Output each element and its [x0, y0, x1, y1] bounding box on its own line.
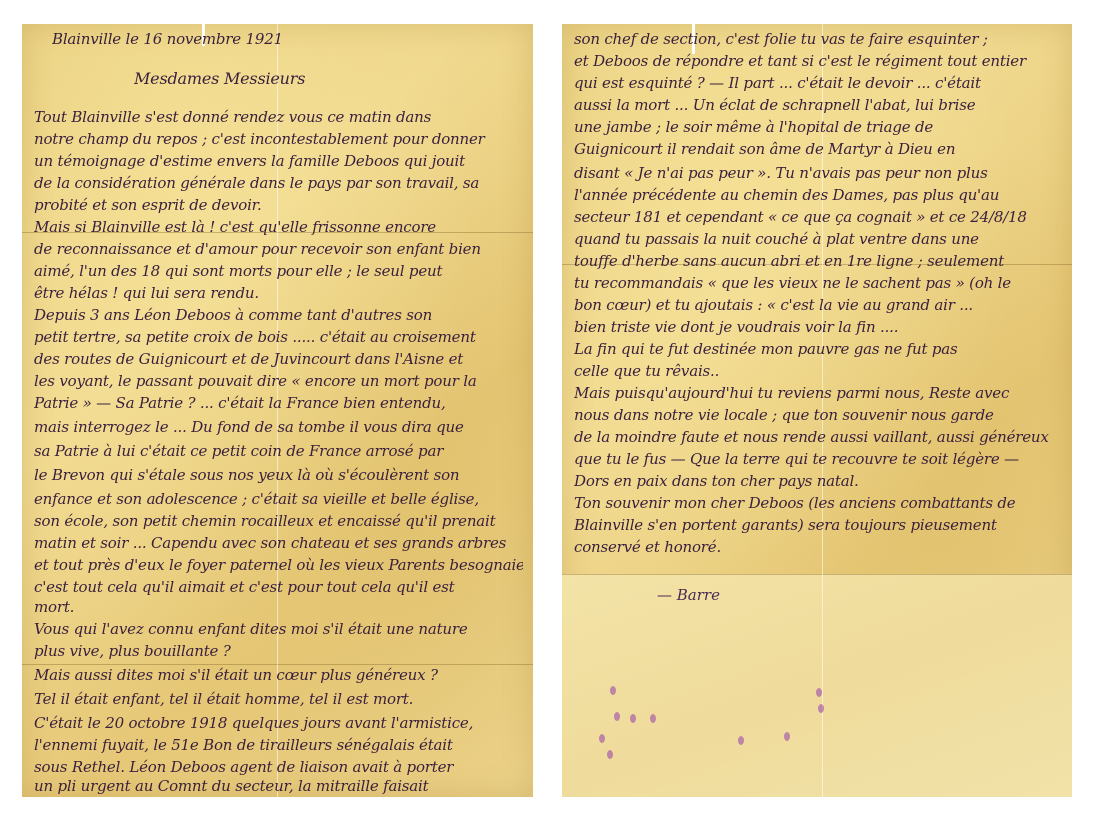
text-line: et Deboos de répondre et tant si c'est l… — [574, 50, 1062, 72]
text-line: sa Patrie à lui c'était ce petit coin de… — [34, 440, 523, 462]
letter-page-left: Blainville le 16 novembre 1921 Mesdames … — [22, 24, 533, 797]
text-line: notre champ du repos ; c'est incontestab… — [34, 128, 523, 150]
text-line: de reconnaissance et d'amour pour recevo… — [34, 238, 523, 260]
text-line: Depuis 3 ans Léon Deboos à comme tant d'… — [34, 304, 523, 326]
text-line: probité et son esprit de devoir. — [34, 194, 523, 216]
text-line: des routes de Guignicourt et de Juvincou… — [34, 348, 523, 370]
text-line: Dors en paix dans ton cher pays natal. — [574, 470, 1062, 492]
blank-lower-section — [562, 574, 1072, 797]
text-line: c'est tout cela qu'il aimait et c'est po… — [34, 576, 523, 598]
text-line: l'ennemi fuyait, le 51e Bon de tirailleu… — [34, 734, 523, 756]
text-line: enfance et son adolescence ; c'était sa … — [34, 488, 523, 510]
text-line: bien triste vie dont je voudrais voir la… — [574, 316, 1062, 338]
text-line: et tout près d'eux le foyer paternel où … — [34, 554, 523, 576]
text-line: Guignicourt il rendait son âme de Martyr… — [574, 138, 1062, 160]
paper-fold — [562, 574, 1072, 575]
text-line: sous Rethel. Léon Deboos agent de liaiso… — [34, 756, 523, 778]
text-line: que tu le fus — Que la terre qui te reco… — [574, 448, 1062, 470]
text-line: Ton souvenir mon cher Deboos (les ancien… — [574, 492, 1062, 514]
text-line: être hélas ! qui lui sera rendu. — [34, 282, 523, 304]
text-line: nous dans notre vie locale ; que ton sou… — [574, 404, 1062, 426]
text-line: de la considération générale dans le pay… — [34, 172, 523, 194]
text-line: La fin qui te fut destinée mon pauvre ga… — [574, 338, 1062, 360]
text-line: Blainville s'en portent garants) sera to… — [574, 514, 1062, 536]
letter-page-right: son chef de section, c'est folie tu vas … — [562, 24, 1072, 797]
text-line: un témoignage d'estime envers la famille… — [34, 150, 523, 172]
text-line: aimé, l'un des 18 qui sont morts pour el… — [34, 260, 523, 282]
text-line: Tel il était enfant, tel il était homme,… — [34, 688, 523, 710]
text-line: Patrie » — Sa Patrie ? ... c'était la Fr… — [34, 392, 523, 414]
text-line: son chef de section, c'est folie tu vas … — [574, 28, 1062, 50]
text-line: Mais aussi dites moi s'il était un cœur … — [34, 664, 523, 686]
text-line: mais interrogez le ... Du fond de sa tom… — [34, 416, 523, 438]
text-line: bon cœur) et tu ajoutais : « c'est la vi… — [574, 294, 1062, 316]
text-line: qui est esquinté ? — Il part ... c'était… — [574, 72, 1062, 94]
text-line: Mais si Blainville est là ! c'est qu'ell… — [34, 216, 523, 238]
place-date: Blainville le 16 novembre 1921 — [52, 28, 523, 50]
text-line: touffe d'herbe sans aucun abri et en 1re… — [574, 250, 1062, 272]
salutation: Mesdames Messieurs — [134, 68, 523, 90]
text-line: son école, son petit chemin rocailleux e… — [34, 510, 523, 532]
text-line: mort. — [34, 596, 523, 618]
text-line: quand tu passais la nuit couché à plat v… — [574, 228, 1062, 250]
text-line: le Brevon qui s'étale sous nos yeux là o… — [34, 464, 523, 486]
text-line: Vous qui l'avez connu enfant dites moi s… — [34, 618, 523, 640]
text-line: celle que tu rêvais.. — [574, 360, 1062, 382]
text-line: de la moindre faute et nous rende aussi … — [574, 426, 1062, 448]
text-line: aussi la mort ... Un éclat de schrapnell… — [574, 94, 1062, 116]
text-line: petit tertre, sa petite croix de bois ..… — [34, 326, 523, 348]
text-line: une jambe ; le soir même à l'hopital de … — [574, 116, 1062, 138]
text-line: l'année précédente au chemin des Dames, … — [574, 184, 1062, 206]
text-line: Mais puisqu'aujourd'hui tu reviens parmi… — [574, 382, 1062, 404]
text-line: secteur 181 et cependant « ce que ça cog… — [574, 206, 1062, 228]
text-line: tu recommandais « que les vieux ne le sa… — [574, 272, 1062, 294]
signature: — Barre — [657, 586, 720, 604]
text-line: un pli urgent au Comnt du secteur, la mi… — [34, 776, 523, 796]
text-line: Tout Blainville s'est donné rendez vous … — [34, 106, 523, 128]
text-line: disant « Je n'ai pas peur ». Tu n'avais … — [574, 162, 1062, 184]
text-line: les voyant, le passant pouvait dire « en… — [34, 370, 523, 392]
text-line: C'était le 20 octobre 1918 quelques jour… — [34, 712, 523, 734]
text-line: matin et soir ... Capendu avec son chate… — [34, 532, 523, 554]
text-line: plus vive, plus bouillante ? — [34, 640, 523, 662]
text-line: conservé et honoré. — [574, 536, 1062, 558]
